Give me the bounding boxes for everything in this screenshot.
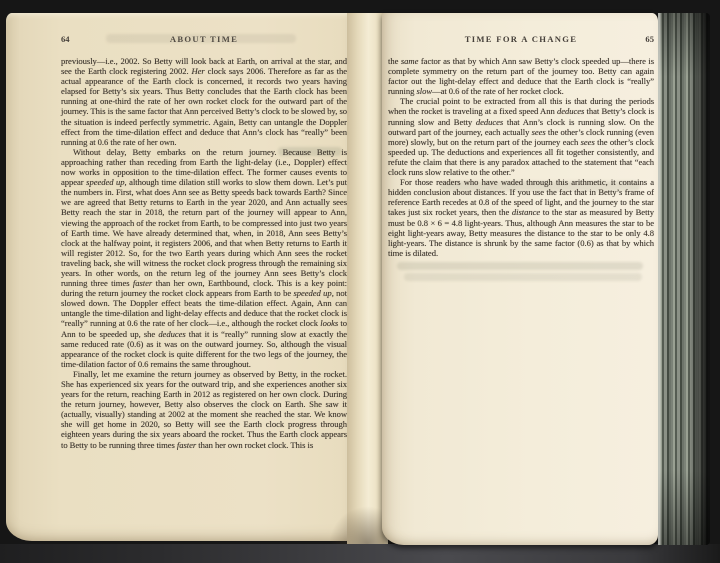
right-page: TIME FOR A CHANGE 65 the same factor as … <box>382 13 658 545</box>
italic-run: looks <box>320 318 338 328</box>
italic-run: deduces <box>476 117 503 127</box>
print-showthrough-mark <box>404 273 642 281</box>
italic-run: distance <box>512 207 540 217</box>
left-page-number: 64 <box>61 34 70 44</box>
text-run: —at 0.6 of the rate of her rocket clock. <box>432 86 564 96</box>
text-run: clock says 2006. Therefore as far as the… <box>61 66 347 147</box>
italic-run: deduces <box>557 106 584 116</box>
left-page: 64 ABOUT TIME previously—i.e., 2002. So … <box>6 13 347 541</box>
italic-run: speeded up <box>293 288 331 298</box>
paragraph: For those readers who have waded through… <box>388 177 654 258</box>
right-page-number: 65 <box>645 34 654 44</box>
italic-run: same <box>401 56 418 66</box>
paragraph: Without delay, Betty embarks on the retu… <box>61 147 347 369</box>
italic-run: sees <box>532 127 546 137</box>
page-stack-fore-edge <box>658 13 710 545</box>
text-run: the <box>388 56 401 66</box>
right-running-title: TIME FOR A CHANGE <box>465 34 578 44</box>
print-showthrough-mark <box>106 34 296 43</box>
right-page-text: the same factor as that by which Ann saw… <box>388 56 654 258</box>
italic-run: faster <box>177 440 196 450</box>
paragraph: Finally, let me examine the return journ… <box>61 369 347 450</box>
paragraph: previously—i.e., 2002. So Betty will loo… <box>61 56 347 147</box>
right-running-head: TIME FOR A CHANGE 65 <box>388 34 654 46</box>
text-run: Finally, let me examine the return journ… <box>61 369 347 450</box>
italic-run: faster <box>133 278 152 288</box>
left-page-text: previously—i.e., 2002. So Betty will loo… <box>61 56 347 450</box>
paragraph: the same factor as that by which Ann saw… <box>388 56 654 96</box>
italic-run: speeded up <box>86 177 124 187</box>
italic-run: slow <box>416 86 432 96</box>
print-showthrough-mark <box>397 262 643 270</box>
open-book: 64 ABOUT TIME previously—i.e., 2002. So … <box>6 13 704 547</box>
text-run: , although time dilation still works to … <box>61 177 347 288</box>
italic-run: Her <box>192 66 205 76</box>
paragraph: The crucial point to be extracted from a… <box>388 96 654 177</box>
italic-run: sees <box>581 137 595 147</box>
italic-run: deduces <box>158 329 185 339</box>
book-photo: 64 ABOUT TIME previously—i.e., 2002. So … <box>0 0 720 563</box>
text-run: than her own rocket clock. This is <box>196 440 313 450</box>
